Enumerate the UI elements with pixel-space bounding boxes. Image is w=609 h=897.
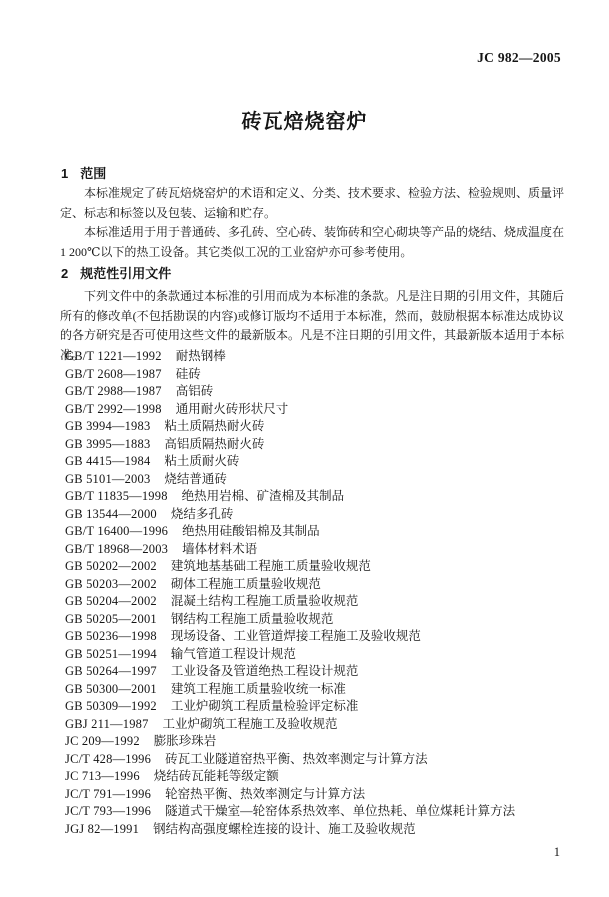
reference-code: GB 50204—2002	[65, 593, 157, 611]
reference-item: JC 209—1992膨胀珍珠岩	[65, 733, 595, 751]
reference-code: JC/T 428—1996	[65, 751, 151, 769]
reference-code: GB/T 2992—1998	[65, 401, 162, 419]
section-heading-references: 2规范性引用文件	[61, 263, 171, 282]
reference-item: GB/T 11835—1998绝热用岩棉、矿渣棉及其制品	[65, 488, 595, 506]
scope-paragraph: 本标准适用于用于普通砖、多孔砖、空心砖、装饰砖和空心砌块等产品的烧结、烧成温度在…	[60, 223, 564, 262]
references-list: GB/T 1221—1992耐热钢棒GB/T 2608—1987硅砖GB/T 2…	[65, 348, 595, 838]
reference-code: JC/T 791—1996	[65, 786, 151, 804]
reference-title: 工业炉砌筑工程施工及验收规范	[163, 717, 338, 731]
section-number: 2	[61, 266, 68, 281]
reference-title: 粘土质耐火砖	[164, 454, 239, 468]
reference-title: 工业设备及管道绝热工程设计规范	[171, 664, 359, 678]
reference-title: 建筑工程施工质量验收统一标准	[171, 682, 346, 696]
reference-item: JGJ 82—1991钢结构高强度螺栓连接的设计、施工及验收规范	[65, 821, 595, 839]
reference-title: 现场设备、工业管道焊接工程施工及验收规范	[171, 629, 421, 643]
reference-title: 绝热用岩棉、矿渣棉及其制品	[182, 489, 345, 503]
reference-item: GB/T 2988—1987高铝砖	[65, 383, 595, 401]
section-heading-label: 规范性引用文件	[80, 266, 171, 281]
reference-title: 烧结普通砖	[164, 472, 227, 486]
standard-code: JC 982—2005	[477, 50, 561, 66]
reference-title: 钢结构工程施工质量验收规范	[171, 612, 334, 626]
reference-item: GB/T 18968—2003墙体材料术语	[65, 541, 595, 559]
reference-title: 烧结多孔砖	[171, 507, 234, 521]
reference-item: GB 4415—1984粘土质耐火砖	[65, 453, 595, 471]
reference-code: GB 50205—2001	[65, 611, 157, 629]
reference-item: JC/T 793—1996隧道式干燥室—轮窑体系热效率、单位热耗、单位煤耗计算方…	[65, 803, 595, 821]
reference-item: GB 3994—1983粘土质隔热耐火砖	[65, 418, 595, 436]
reference-title: 砌体工程施工质量验收规范	[171, 577, 321, 591]
document-page: JC 982—2005 砖瓦焙烧窑炉 1范围 本标准规定了砖瓦焙烧窑炉的术语和定…	[0, 0, 609, 897]
reference-item: JC/T 791—1996轮窑热平衡、热效率测定与计算方法	[65, 786, 595, 804]
reference-item: GB/T 2608—1987硅砖	[65, 366, 595, 384]
reference-title: 绝热用硅酸铝棉及其制品	[182, 524, 320, 538]
reference-item: GB 13544—2000烧结多孔砖	[65, 506, 595, 524]
reference-item: GB 50251—1994输气管道工程设计规范	[65, 646, 595, 664]
reference-title: 膨胀珍珠岩	[154, 734, 217, 748]
reference-title: 工业炉砌筑工程质量检验评定标准	[171, 699, 359, 713]
reference-item: GB 50236—1998现场设备、工业管道焊接工程施工及验收规范	[65, 628, 595, 646]
reference-title: 钢结构高强度螺栓连接的设计、施工及验收规范	[153, 822, 416, 836]
reference-code: JC/T 793—1996	[65, 803, 151, 821]
scope-body: 本标准规定了砖瓦焙烧窑炉的术语和定义、分类、技术要求、检验方法、检验规则、质量评…	[60, 184, 564, 262]
reference-title: 粘土质隔热耐火砖	[164, 419, 264, 433]
reference-title: 输气管道工程设计规范	[171, 647, 296, 661]
reference-item: GB 50205—2001钢结构工程施工质量验收规范	[65, 611, 595, 629]
reference-code: GB/T 2608—1987	[65, 366, 162, 384]
reference-item: GB 3995—1883高铝质隔热耐火砖	[65, 436, 595, 454]
reference-item: GB 50202—2002建筑地基基础工程施工质量验收规范	[65, 558, 595, 576]
reference-item: JC/T 428—1996砖瓦工业隧道窑热平衡、热效率测定与计算方法	[65, 751, 595, 769]
section-heading-scope: 1范围	[61, 163, 106, 182]
reference-item: GB 50203—2002砌体工程施工质量验收规范	[65, 576, 595, 594]
reference-code: GB/T 11835—1998	[65, 488, 168, 506]
reference-item: GB 50309—1992工业炉砌筑工程质量检验评定标准	[65, 698, 595, 716]
reference-code: GB 4415—1984	[65, 453, 150, 471]
reference-item: JC 713—1996烧结砖瓦能耗等级定额	[65, 768, 595, 786]
document-title: 砖瓦焙烧窑炉	[0, 105, 609, 134]
reference-code: GB/T 1221—1992	[65, 348, 162, 366]
reference-title: 烧结砖瓦能耗等级定额	[154, 769, 279, 783]
reference-title: 耐热钢棒	[176, 349, 226, 363]
reference-code: GB/T 16400—1996	[65, 523, 168, 541]
reference-code: GB/T 2988—1987	[65, 383, 162, 401]
reference-code: GB 50203—2002	[65, 576, 157, 594]
reference-title: 硅砖	[176, 367, 201, 381]
reference-item: GB/T 2992—1998通用耐火砖形状尺寸	[65, 401, 595, 419]
section-number: 1	[61, 166, 68, 181]
reference-item: GB 5101—2003烧结普通砖	[65, 471, 595, 489]
reference-code: GBJ 211—1987	[65, 716, 149, 734]
reference-code: GB 50264—1997	[65, 663, 157, 681]
reference-title: 砖瓦工业隧道窑热平衡、热效率测定与计算方法	[165, 752, 428, 766]
reference-title: 混凝土结构工程施工质量验收规范	[171, 594, 359, 608]
scope-paragraph: 本标准规定了砖瓦焙烧窑炉的术语和定义、分类、技术要求、检验方法、检验规则、质量评…	[60, 184, 564, 223]
reference-code: GB 5101—2003	[65, 471, 150, 489]
reference-code: JC 209—1992	[65, 733, 140, 751]
reference-item: GB 50264—1997工业设备及管道绝热工程设计规范	[65, 663, 595, 681]
reference-code: GB 50300—2001	[65, 681, 157, 699]
reference-code: JGJ 82—1991	[65, 821, 139, 839]
reference-code: GB 3995—1883	[65, 436, 150, 454]
reference-item: GB/T 16400—1996绝热用硅酸铝棉及其制品	[65, 523, 595, 541]
reference-code: JC 713—1996	[65, 768, 140, 786]
reference-title: 高铝砖	[176, 384, 214, 398]
reference-title: 通用耐火砖形状尺寸	[176, 402, 289, 416]
reference-title: 高铝质隔热耐火砖	[164, 437, 264, 451]
reference-code: GB 50236—1998	[65, 628, 157, 646]
reference-title: 隧道式干燥室—轮窑体系热效率、单位热耗、单位煤耗计算方法	[165, 804, 515, 818]
reference-title: 轮窑热平衡、热效率测定与计算方法	[165, 787, 365, 801]
reference-code: GB 50309—1992	[65, 698, 157, 716]
reference-code: GB 3994—1983	[65, 418, 150, 436]
reference-item: GB 50300—2001建筑工程施工质量验收统一标准	[65, 681, 595, 699]
reference-title: 墙体材料术语	[182, 542, 257, 556]
page-number: 1	[554, 845, 560, 860]
reference-code: GB 50202—2002	[65, 558, 157, 576]
reference-item: GB 50204—2002混凝土结构工程施工质量验收规范	[65, 593, 595, 611]
reference-code: GB 13544—2000	[65, 506, 157, 524]
section-heading-label: 范围	[80, 166, 106, 181]
reference-item: GB/T 1221—1992耐热钢棒	[65, 348, 595, 366]
reference-code: GB 50251—1994	[65, 646, 157, 664]
reference-item: GBJ 211—1987工业炉砌筑工程施工及验收规范	[65, 716, 595, 734]
reference-title: 建筑地基基础工程施工质量验收规范	[171, 559, 371, 573]
reference-code: GB/T 18968—2003	[65, 541, 168, 559]
